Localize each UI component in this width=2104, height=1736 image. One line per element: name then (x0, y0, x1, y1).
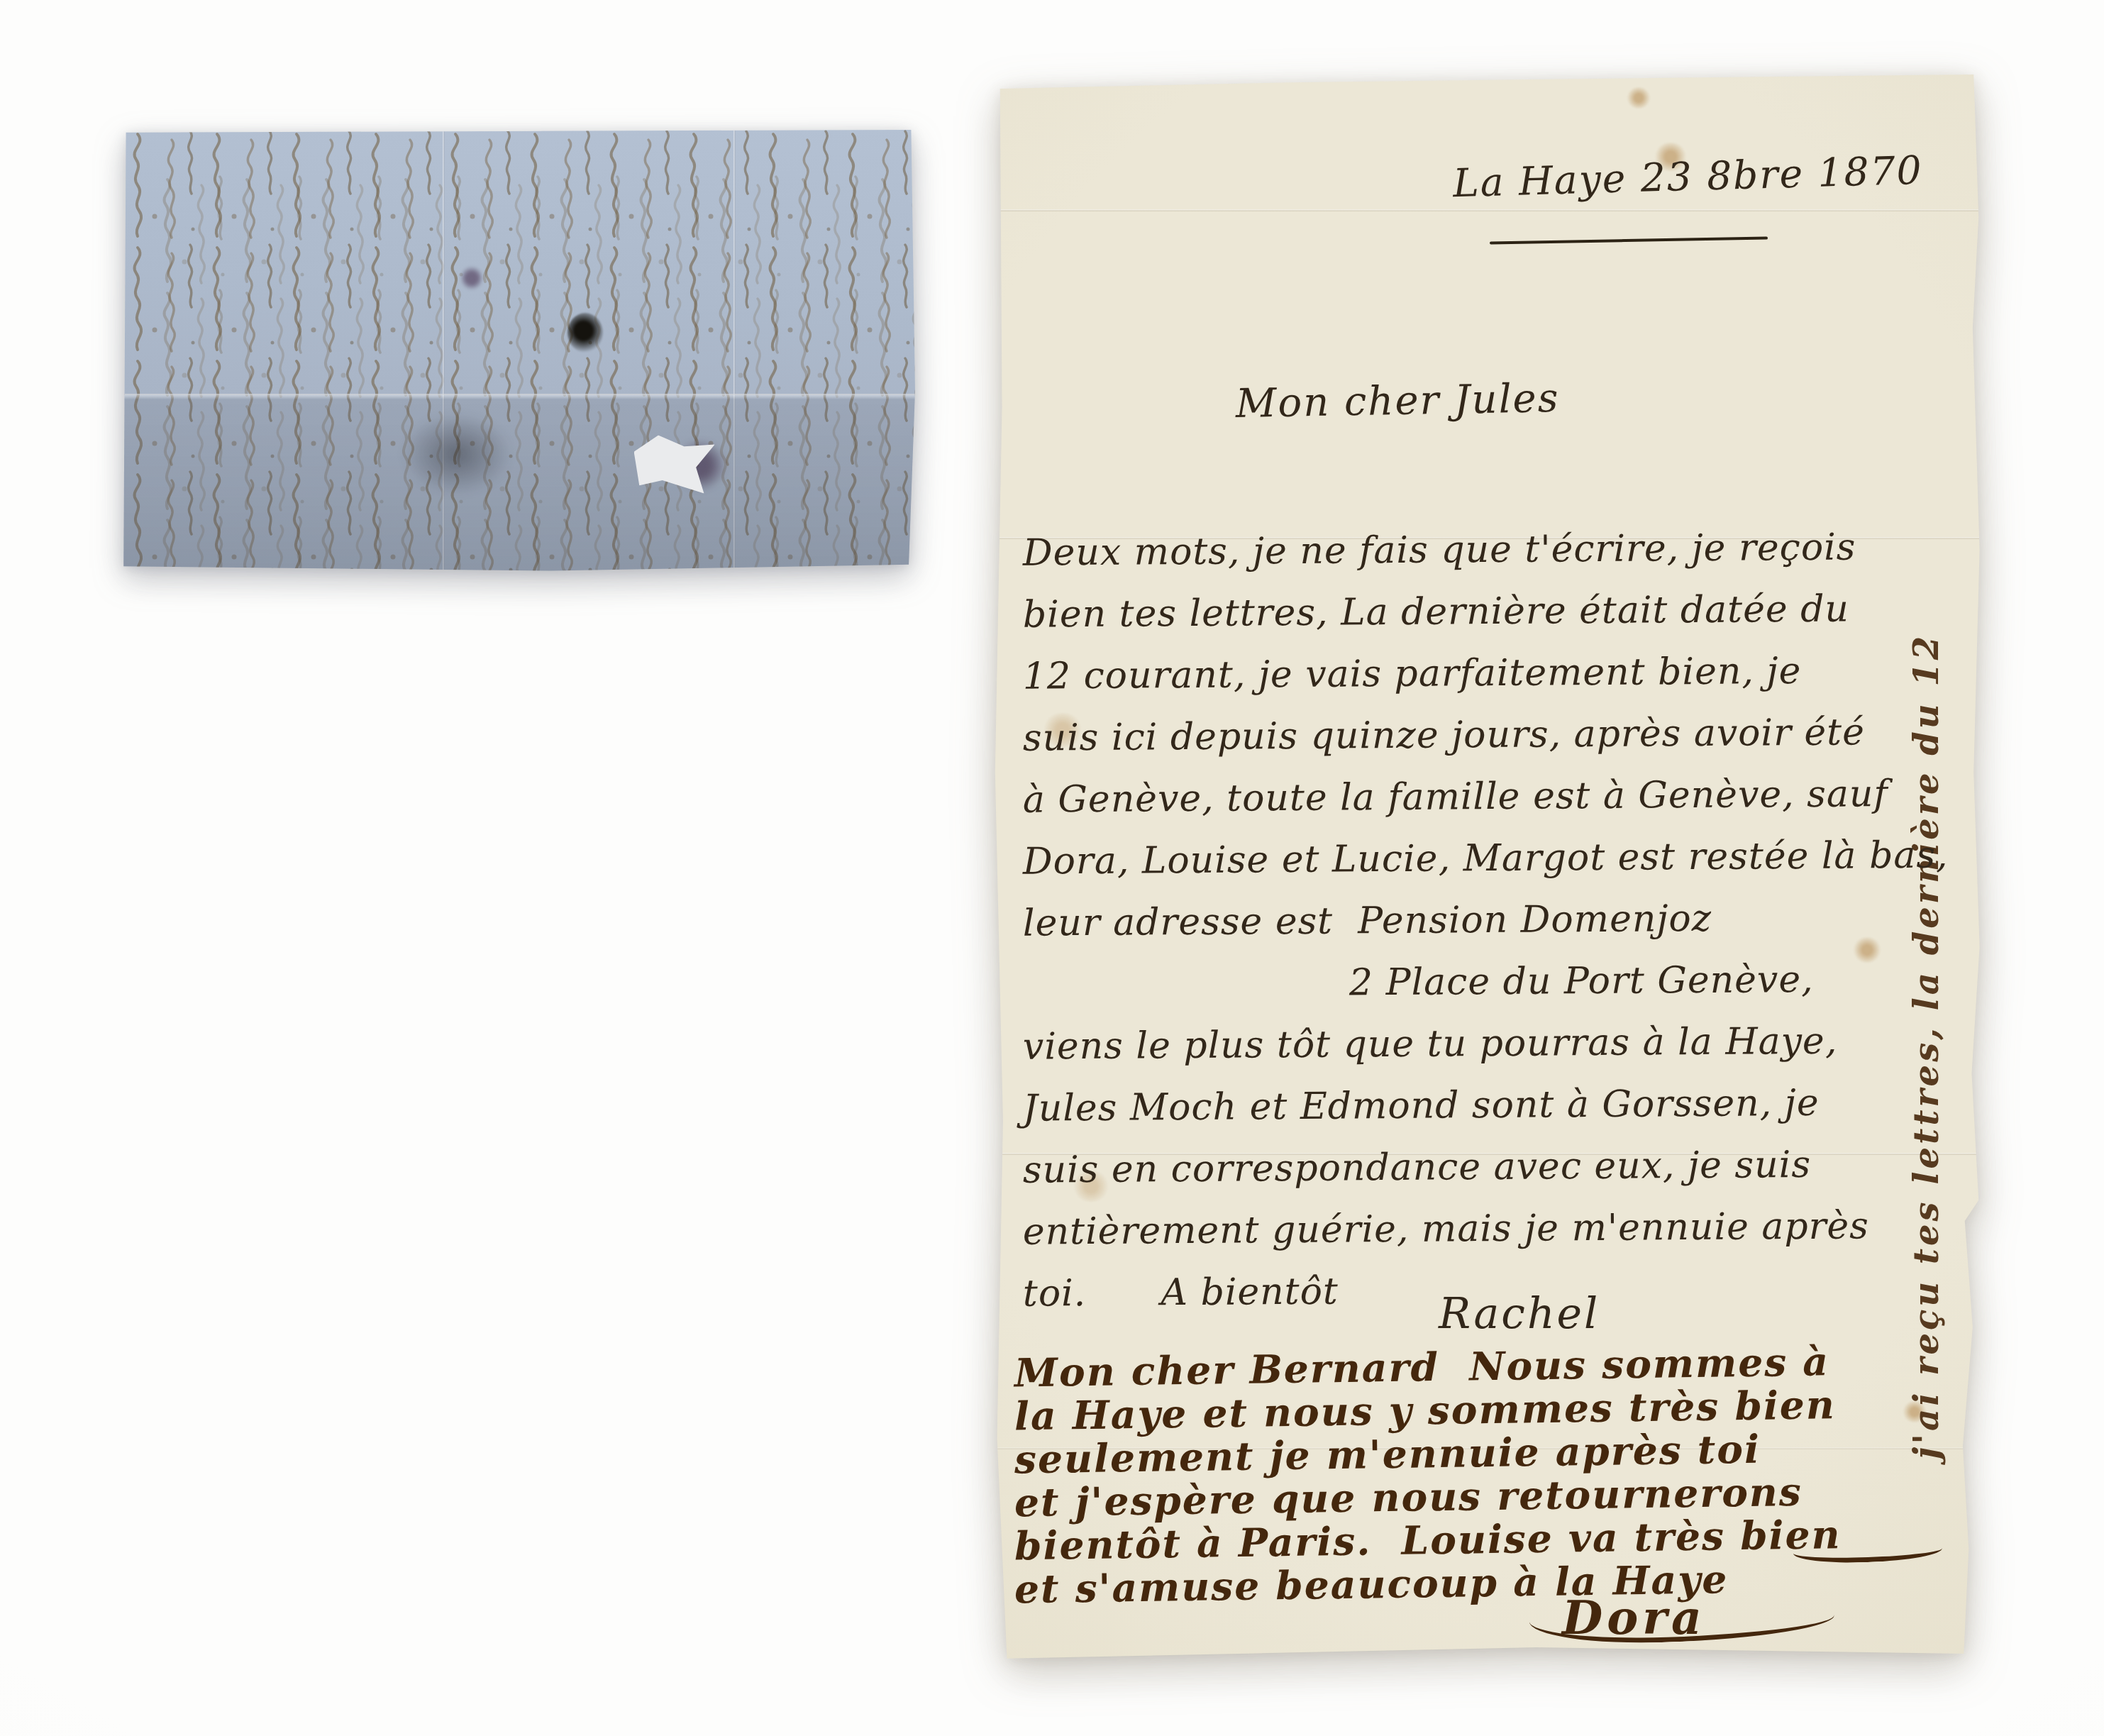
dateline-underline (1490, 237, 1768, 245)
letter-paper: La Haye 23 8bre 1870 j'ai reçu tes lettr… (993, 74, 1981, 1660)
letter-body: Deux mots, je ne fais que t'écrire, je r… (1023, 529, 1966, 1331)
body-line: Jules Moch et Edmond sont à Gorssen, je (1023, 1080, 1967, 1149)
body-line: suis ici depuis quinze jours, après avoi… (1023, 710, 1967, 778)
body-line: viens le plus tôt que tu pourras à la Ha… (1023, 1019, 1967, 1087)
ink-blot (567, 313, 603, 353)
signature-rachel: Rachel (1439, 1289, 1600, 1339)
letter-salutation: Mon cher Jules (1235, 375, 1559, 427)
folded-blue-sheet (122, 130, 915, 573)
ink-smudge-purple (461, 266, 482, 290)
body-line: à Genève, toute la famille est à Genève,… (1023, 772, 1967, 840)
body-line: bien tes lettres, La dernière était daté… (1023, 587, 1967, 655)
body-line-address: 2 Place du Port Genève, (1023, 957, 1967, 1025)
fold-crease (993, 209, 1981, 211)
photograph-of-letter: La Haye 23 8bre 1870 j'ai reçu tes lettr… (0, 0, 2104, 1736)
letter-dateline: La Haye 23 8bre 1870 (1452, 148, 1923, 206)
handwritten-letter: La Haye 23 8bre 1870 j'ai reçu tes lettr… (993, 74, 1981, 1660)
body-line: leur adresse est Pension Domenjoz (1023, 895, 1967, 963)
foxing-stain (1627, 87, 1651, 109)
blue-sheet-paper (122, 130, 915, 573)
body-line: suis en correspondance avec eux, je suis (1023, 1142, 1967, 1210)
body-line: entièrement guérie, mais je m'ennuie apr… (1023, 1204, 1967, 1272)
letter-postscript: Mon cher Bernard Nous sommes à la Haye e… (1014, 1343, 1969, 1603)
ink-smudge-dark (386, 401, 528, 507)
body-line: Deux mots, je ne fais que t'écrire, je r… (1023, 525, 1967, 593)
body-line: 12 courant, je vais parfaitement bien, j… (1023, 648, 1967, 717)
body-line: Dora, Louise et Lucie, Margot est restée… (1023, 834, 1967, 902)
